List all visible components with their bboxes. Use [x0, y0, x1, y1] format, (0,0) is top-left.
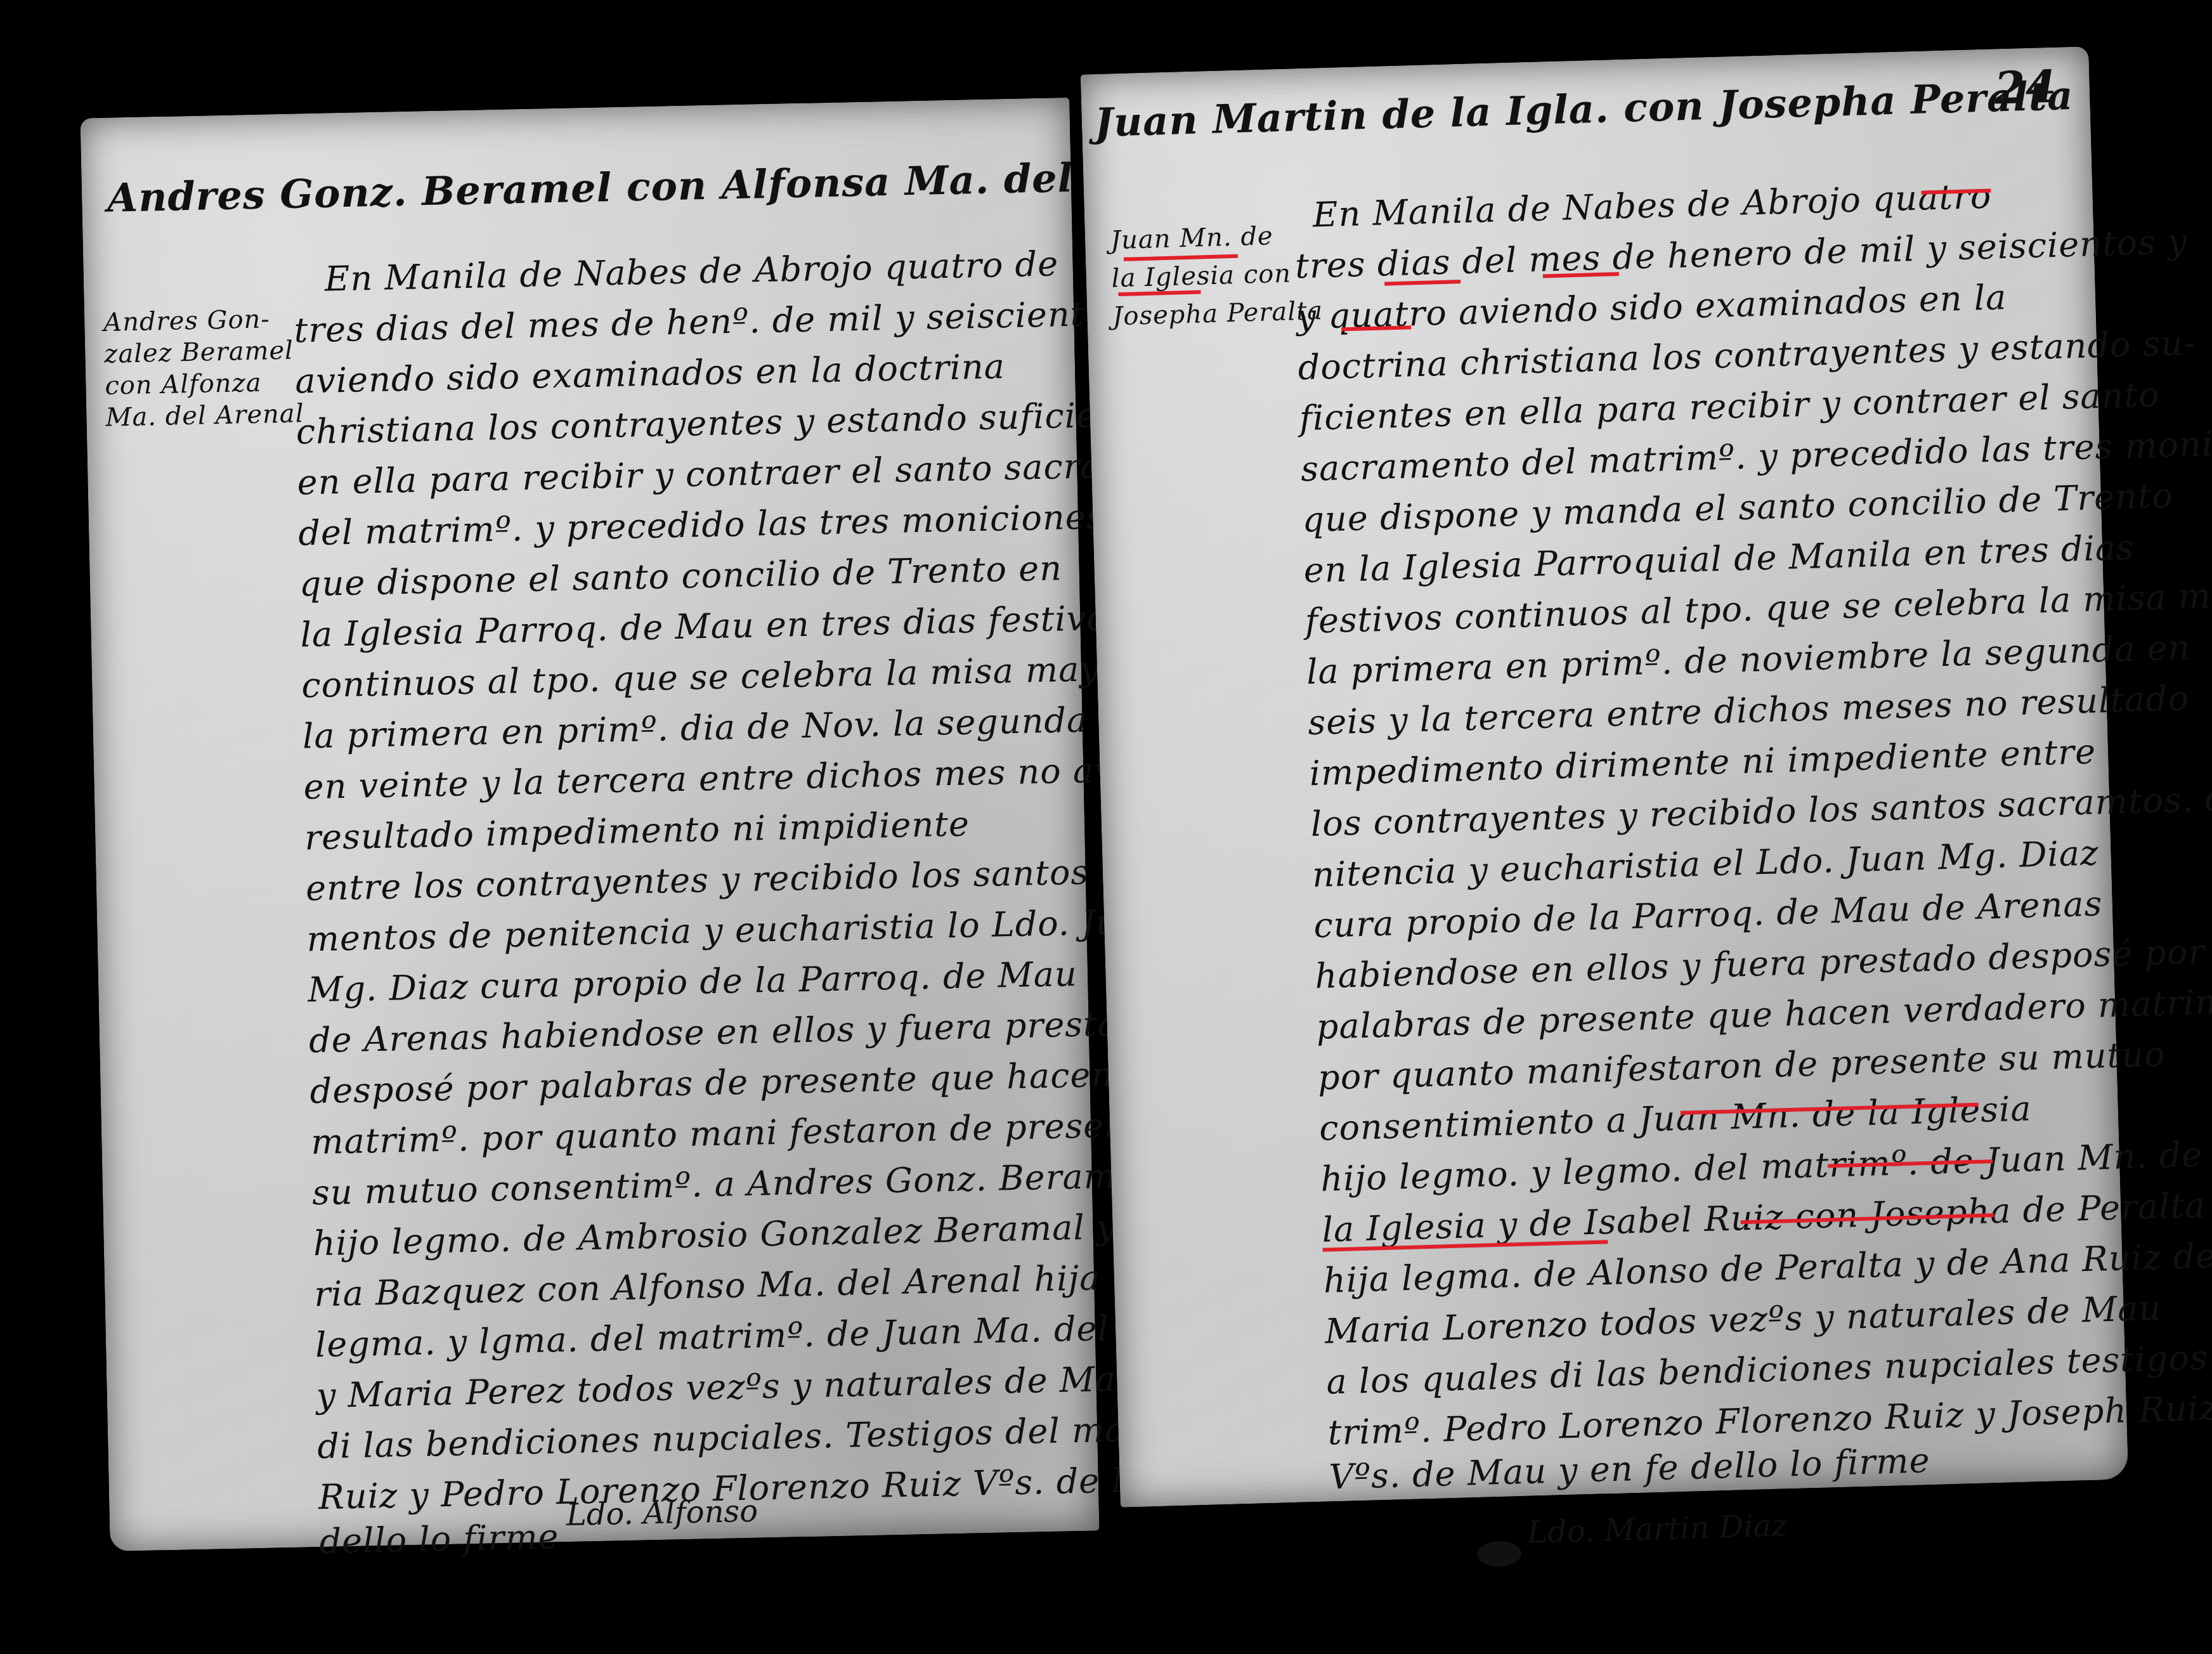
right-line: consentimiento a Juan Mn. de la Iglesia [1318, 1088, 2032, 1148]
right-line: impedimento dirimente ni impediente entr… [1309, 731, 2097, 793]
left-line: ria Bazquez con Alfonso Ma. del Arenal h… [314, 1258, 1101, 1314]
left-line: en ella para recibir y contraer el santo… [297, 443, 1214, 502]
right-margin-note: la Iglesia con [1111, 259, 1292, 293]
left-line: en veinte y la tercera entre dichos mes … [303, 748, 1213, 807]
left-margin-note: Ma. del Arenal [105, 399, 304, 433]
ink-blot [1477, 1540, 1522, 1567]
red-underline [1124, 254, 1238, 261]
right-line: nitencia y eucharistia el Ldo. Juan Mg. … [1311, 833, 2099, 895]
right-line: En Manila de Nabes de Abrojo quatro [1312, 176, 1992, 235]
left-line: dello lo firme [319, 1516, 559, 1561]
left-line: matrimº. por quanto mani festaron de pre… [311, 1104, 1162, 1162]
left-page: Andres Gonz. Beramel con Alfonsa Ma. del… [81, 98, 1100, 1551]
page-number: 24 [1994, 60, 2057, 115]
left-line: mentos de penitencia y eucharistia lo Ld… [306, 901, 1162, 959]
left-margin-note: Andres Gon- [103, 304, 271, 337]
left-margin-note: zalez Beramel [104, 336, 294, 369]
right-page: Juan Martin de la Igla. con Josepha Pera… [1081, 46, 2128, 1507]
left-line: entre los contrayentes y recibido los sa… [305, 850, 1210, 909]
left-line: resultado impedimento ni impidiente [304, 804, 970, 857]
left-line: hijo legmo. de Ambrosio Gonzalez Beramal… [313, 1204, 1252, 1263]
left-margin-note: con Alfonza [105, 368, 262, 401]
left-page-heading: Andres Gonz. Beramel con Alfonsa Ma. del… [107, 151, 1237, 221]
right-margin-note: Josepha Peralta [1112, 296, 1324, 331]
right-line: cura propio de la Parroq. de Mau de Aren… [1313, 883, 2103, 946]
right-line: por quanto manifestaron de presente su m… [1317, 1034, 2166, 1097]
left-signature: Ldo. Alfonso [566, 1494, 758, 1533]
left-line: la primera en primº. dia de Nov. la segu… [302, 700, 1088, 757]
right-signature: Ldo. Martin Diaz [1526, 1507, 1788, 1550]
left-line: continuos al tpo. que se celebra la misa… [301, 648, 1138, 706]
left-line: que dispone el santo concilio de Trento … [299, 548, 1062, 604]
right-page-heading: Juan Martin de la Igla. con Josepha Pera… [1094, 72, 2074, 146]
left-line: la Iglesia Parroq. de Mau en tres dias f… [300, 597, 1126, 654]
left-line: del matrimº. y precedido las tres monici… [298, 497, 1105, 554]
left-line: su mutuo consentimº. a Andres Gonz. Bera… [311, 1156, 1150, 1213]
left-line: En Manila de Nabes de Abrojo quatro de [324, 244, 1058, 299]
left-line: Mg. Diaz cura propio de la Parroq. de Ma… [308, 954, 1078, 1010]
right-margin-note: Juan Mn. de [1110, 221, 1273, 255]
left-line: christiana los contrayentes y estando su… [296, 394, 1173, 452]
left-line: de Arenas habiendose en ellos y fuera pr… [308, 1003, 1162, 1060]
left-line: aviendo sido examinados en la doctrina [295, 346, 1006, 401]
